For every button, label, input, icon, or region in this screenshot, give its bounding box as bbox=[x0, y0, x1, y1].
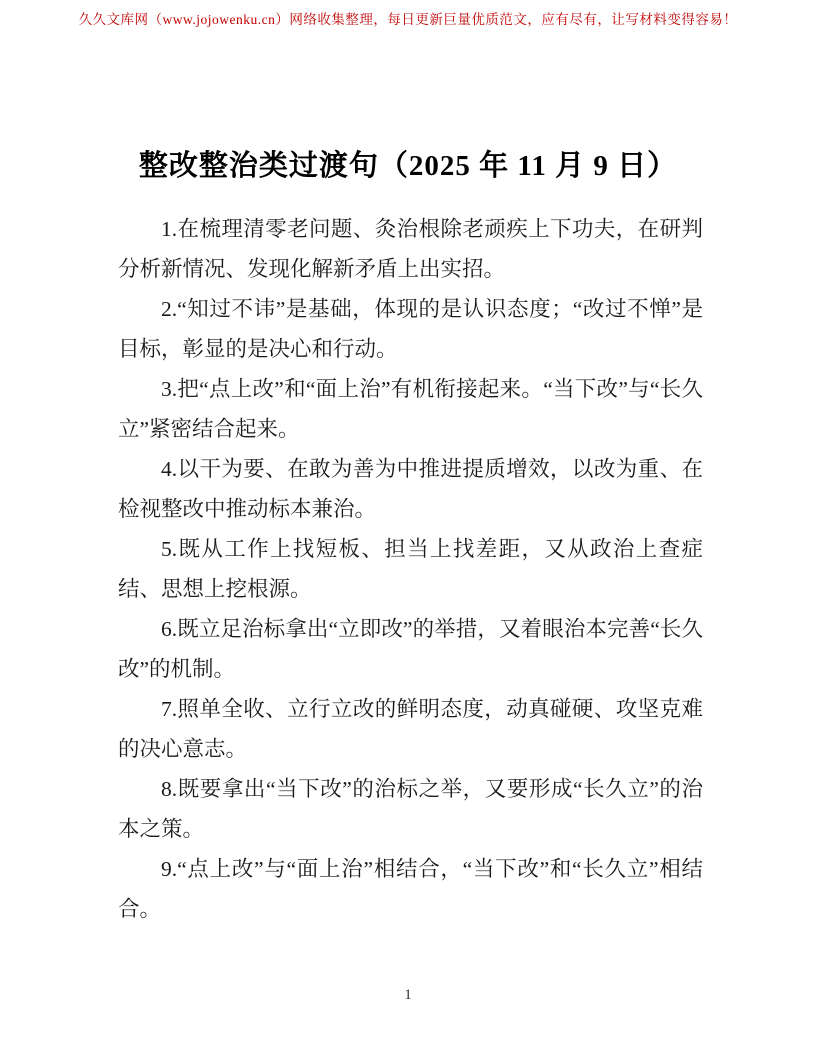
paragraph: 6.既立足治标拿出“立即改”的举措，又着眼治本完善“长久改”的机制。 bbox=[118, 610, 703, 689]
paragraph: 2.“知过不讳”是基础，体现的是认识态度；“改过不惮”是目标，彰显的是决心和行动… bbox=[118, 290, 703, 369]
document-body: 1.在梳理清零老问题、灸治根除老顽疾上下功夫，在研判分析新情况、发现化解新矛盾上… bbox=[118, 210, 703, 930]
paragraph: 8.既要拿出“当下改”的治标之举，又要形成“长久立”的治本之策。 bbox=[118, 770, 703, 849]
page-number: 1 bbox=[0, 987, 816, 1004]
paragraph: 7.照单全收、立行立改的鲜明态度，动真碰硬、攻坚克难的决心意志。 bbox=[118, 690, 703, 769]
paragraph: 9.“点上改”与“面上治”相结合，“当下改”和“长久立”相结合。 bbox=[118, 850, 703, 929]
document-page: 久久文库网（www.jojowenku.cn）网络收集整理，每日更新巨量优质范文… bbox=[0, 0, 816, 1056]
paragraph: 3.把“点上改”和“面上治”有机衔接起来。“当下改”与“长久立”紧密结合起来。 bbox=[118, 370, 703, 449]
paragraph: 1.在梳理清零老问题、灸治根除老顽疾上下功夫，在研判分析新情况、发现化解新矛盾上… bbox=[118, 210, 703, 289]
page-title: 整改整治类过渡句（2025 年 11 月 9 日） bbox=[118, 143, 698, 184]
paragraph: 5.既从工作上找短板、担当上找差距，又从政治上查症结、思想上挖根源。 bbox=[118, 530, 703, 609]
paragraph: 4.以干为要、在敢为善为中推进提质增效，以改为重、在检视整改中推动标本兼治。 bbox=[118, 450, 703, 529]
header-disclaimer: 久久文库网（www.jojowenku.cn）网络收集整理，每日更新巨量优质范文… bbox=[0, 8, 816, 28]
